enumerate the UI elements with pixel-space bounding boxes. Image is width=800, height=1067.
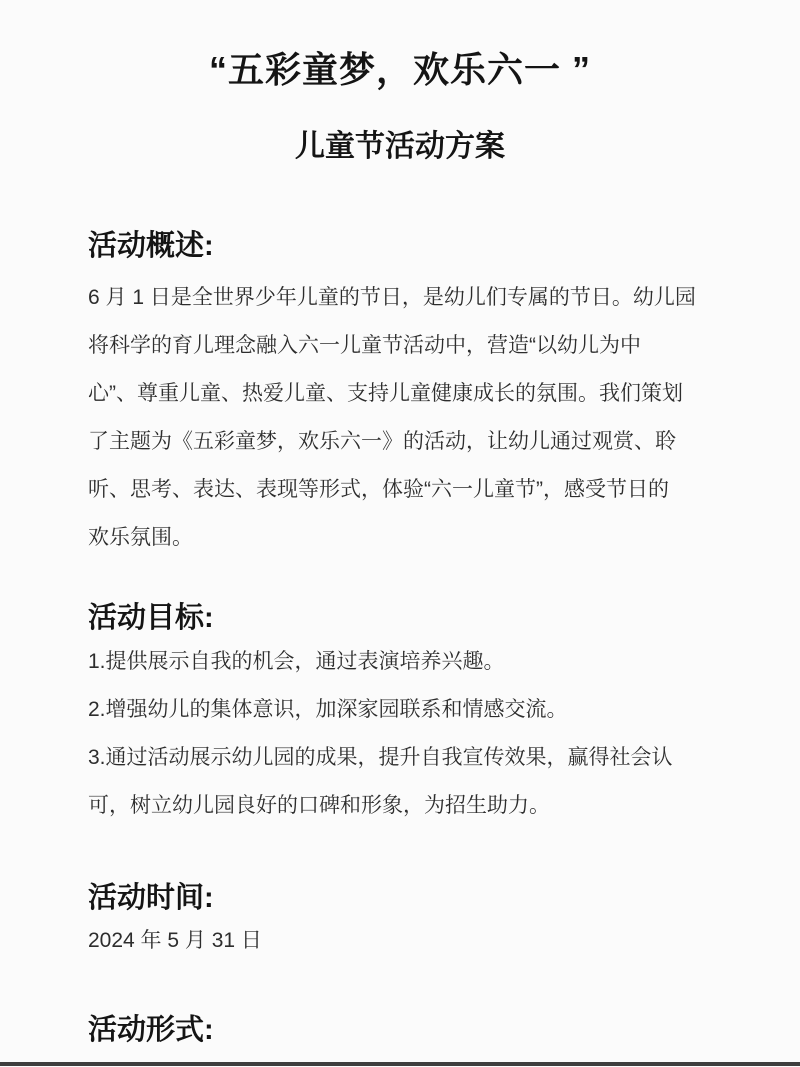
- bottom-edge-bar: [0, 1062, 800, 1066]
- document-body: 活动概述: 6 月 1 日是全世界少年儿童的节日，是幼儿们专属的节日。幼儿园 将…: [88, 226, 730, 1050]
- goal-item-2-line-1: 2.增强幼儿的集体意识，加深家园联系和情感交流。: [88, 686, 730, 734]
- overview-line-6: 欢乐氛围。: [88, 514, 730, 562]
- goal-item-3: 3.通过活动展示幼儿园的成果，提升自我宣传效果，赢得社会认 可，树立幼儿园良好的…: [88, 734, 730, 830]
- section-overview: 活动概述: 6 月 1 日是全世界少年儿童的节日，是幼儿们专属的节日。幼儿园 将…: [88, 226, 730, 562]
- section-format: 活动形式:: [88, 1010, 730, 1050]
- activity-date: 2024 年 5 月 31 日: [88, 926, 730, 956]
- goals-list: 1.提供展示自我的机会，通过表演培养兴趣。 2.增强幼儿的集体意识，加深家园联系…: [88, 638, 730, 830]
- activity-date-value: 2024 年 5 月 31 日: [88, 926, 730, 956]
- goal-item-1: 1.提供展示自我的机会，通过表演培养兴趣。: [88, 638, 730, 686]
- section-time: 活动时间: 2024 年 5 月 31 日: [88, 878, 730, 956]
- overview-line-5: 听、思考、表达、表现等形式，体验“六一儿童节”，感受节日的: [88, 466, 730, 514]
- goal-item-3-line-1: 3.通过活动展示幼儿园的成果，提升自我宣传效果，赢得社会认: [88, 734, 730, 782]
- goal-item-3-line-2: 可，树立幼儿园良好的口碑和形象，为招生助力。: [88, 782, 730, 830]
- page-title: “五彩童梦，欢乐六一 ”: [0, 46, 800, 94]
- section-goals: 活动目标: 1.提供展示自我的机会，通过表演培养兴趣。 2.增强幼儿的集体意识，…: [88, 598, 730, 830]
- overview-line-2: 将科学的育儿理念融入六一儿童节活动中，营造“以幼儿为中: [88, 322, 730, 370]
- goal-item-1-line-1: 1.提供展示自我的机会，通过表演培养兴趣。: [88, 638, 730, 686]
- overview-line-3: 心”、尊重儿童、热爱儿童、支持儿童健康成长的氛围。我们策划: [88, 370, 730, 418]
- goal-item-2: 2.增强幼儿的集体意识，加深家园联系和情感交流。: [88, 686, 730, 734]
- overview-line-4: 了主题为《五彩童梦，欢乐六一》的活动，让幼儿通过观赏、聆: [88, 418, 730, 466]
- format-heading: 活动形式:: [88, 1010, 730, 1050]
- overview-heading: 活动概述:: [88, 226, 730, 266]
- page-subtitle: 儿童节活动方案: [0, 127, 800, 167]
- overview-paragraph: 6 月 1 日是全世界少年儿童的节日，是幼儿们专属的节日。幼儿园 将科学的育儿理…: [88, 274, 730, 562]
- overview-line-1: 6 月 1 日是全世界少年儿童的节日，是幼儿们专属的节日。幼儿园: [88, 274, 730, 322]
- document-page: “五彩童梦，欢乐六一 ” 儿童节活动方案 活动概述: 6 月 1 日是全世界少年…: [0, 0, 800, 1067]
- goals-heading: 活动目标:: [88, 598, 730, 638]
- time-heading: 活动时间:: [88, 878, 730, 918]
